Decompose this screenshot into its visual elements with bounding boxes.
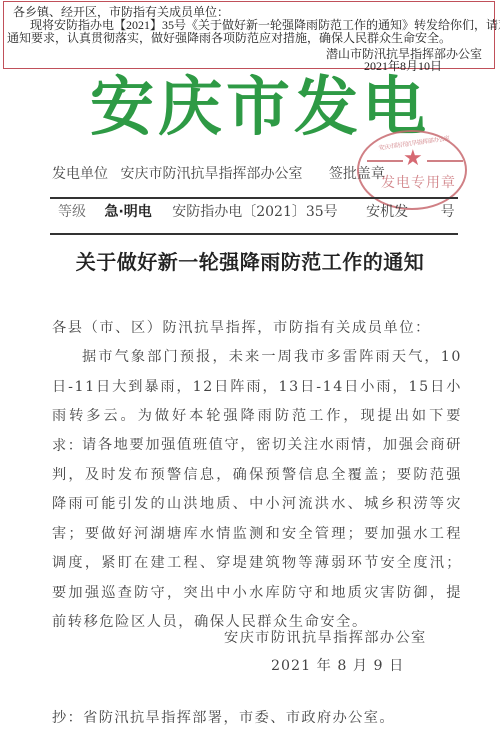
forwarding-notice-box: 各乡镇、经开区，市防指有关成员单位： 现将安防指办电【2021】35号《关于做好…	[3, 1, 495, 69]
document-number: 安防指办电〔2021〕35号	[172, 203, 337, 221]
secure-number-suffix: 号	[441, 203, 455, 221]
forwarding-body-line-1: 现将安防指办电【2021】35号《关于做好新一轮强降雨防范工作的通知》转发给你们…	[30, 18, 500, 32]
salutation-text: 各县（市、区）防汛抗旱指挥，市防指有关成员单位：	[52, 314, 462, 344]
seal-bar-right	[427, 160, 463, 162]
level-label: 等级	[58, 203, 86, 221]
seal-center-text: 发电专用章	[381, 172, 456, 192]
document-title: 关于做好新一轮强降雨防范工作的通知	[0, 248, 500, 276]
secure-number-label: 安机发	[366, 203, 408, 221]
sign-label: 签批盖章	[329, 165, 385, 183]
cc-line: 抄：省防汛抗旱指挥部署，市委、市政府办公室。	[52, 708, 395, 728]
seal-star-icon: ★	[403, 148, 423, 170]
paragraph-text: 请各地要加强值班值守，密切关注水雨情，加强会商研判，及时发布预警信息，确保预警信…	[52, 431, 462, 638]
paragraph-requirements: 请各地要加强值班值守，密切关注水雨情，加强会商研判，及时发布预警信息，确保预警信…	[52, 431, 462, 638]
level-value: 急·明电	[104, 203, 151, 221]
issuer-row: 发电单位 安庆市防汛抗旱指挥部办公室 签批盖章	[52, 165, 385, 183]
masthead-title: 安庆市发电	[80, 72, 440, 144]
forwarding-body-line-2: 通知要求，认真贯彻落实，做好强降雨各项防范应对措施，确保人民群众生命安全。	[7, 31, 451, 45]
issuer-label: 发电单位	[52, 165, 108, 183]
issuer-name: 安庆市防汛抗旱指挥部办公室	[120, 165, 302, 183]
document-salutation: 各县（市、区）防汛抗旱指挥，市防指有关成员单位：	[52, 314, 462, 344]
header-rule-top	[50, 197, 458, 199]
forwarding-salutation: 各乡镇、经开区，市防指有关成员单位：	[13, 5, 229, 19]
seal-bar-left	[367, 160, 403, 162]
signature-organization: 安庆市防讯抗旱指挥部办公室	[224, 628, 427, 648]
signature-date: 2021 年 8 月 9 日	[271, 656, 404, 676]
meta-row: 等级 急·明电 安防指办电〔2021〕35号 安机发 号	[58, 203, 455, 221]
header-rule-bottom	[50, 233, 458, 235]
